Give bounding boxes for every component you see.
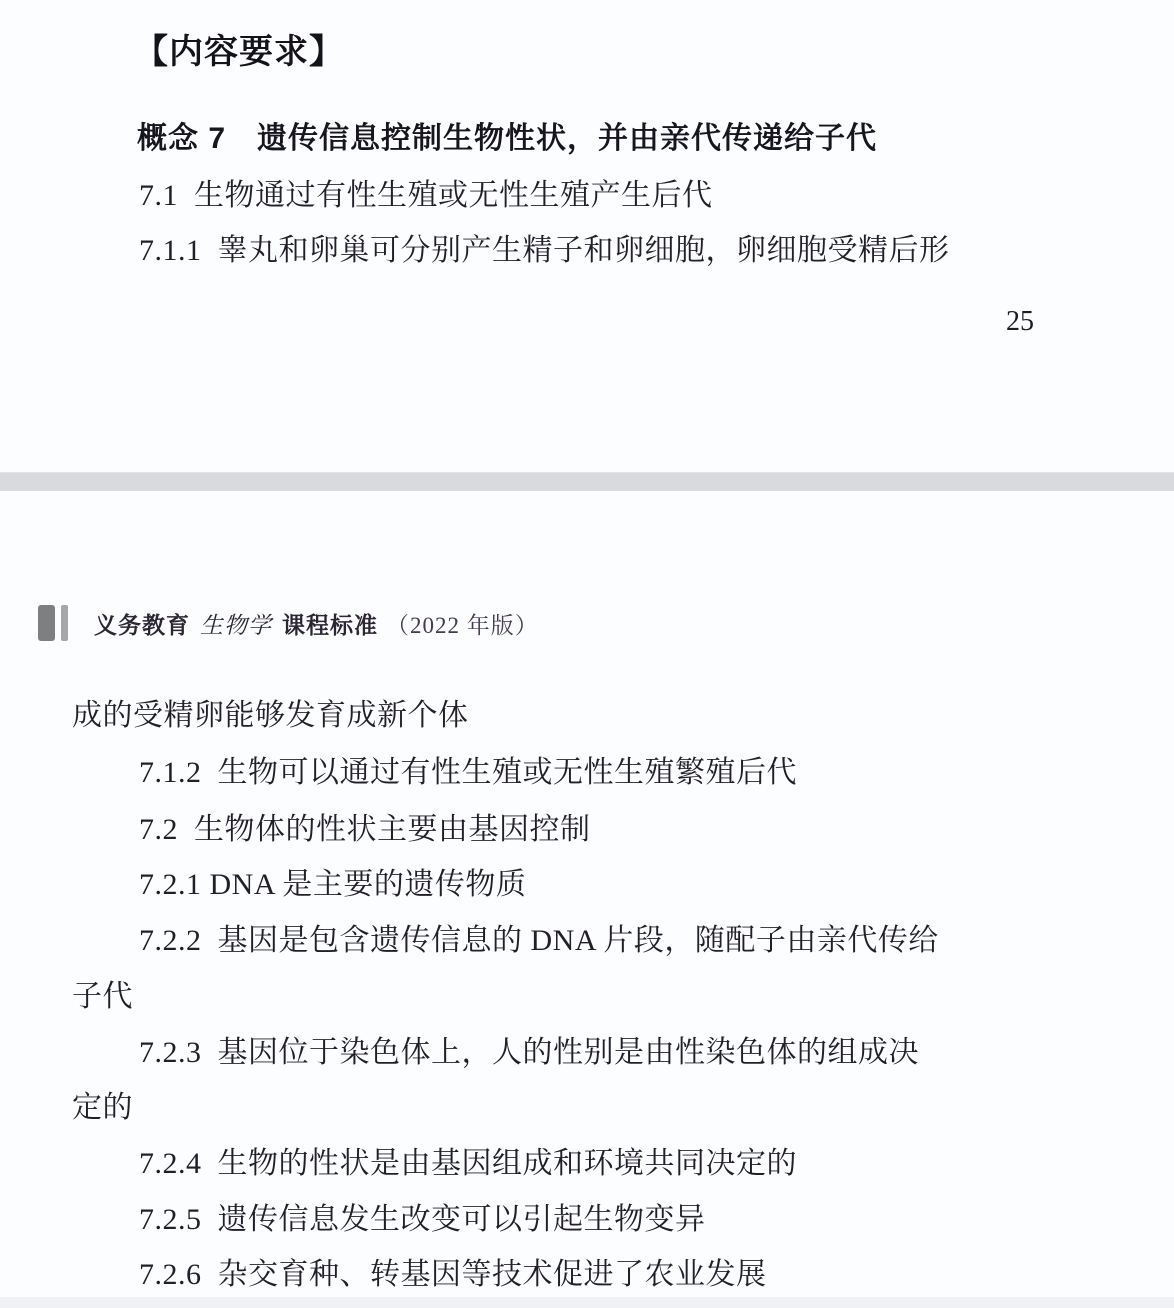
page-number: 25 (1006, 306, 1034, 338)
line-7-2: 7.2 生物体的性状主要由基因控制 (139, 811, 591, 849)
line-7-1: 7.1 生物通过有性生殖或无性生殖产生后代 (139, 177, 713, 215)
concept-7-heading: 概念 7 遗传信息控制生物性状，并由亲代传递给子代 (137, 119, 877, 159)
running-header: 义务教育生物学课程标准（2022 年版） (38, 603, 539, 643)
line-7-2-4: 7.2.4 生物的性状是由基因组成和环境共同决定的 (139, 1145, 797, 1183)
header-series-label: 义务教育 (94, 612, 190, 638)
line-7-2-1: 7.2.1 DNA 是主要的遗传物质 (139, 866, 526, 904)
header-title: 义务教育生物学课程标准（2022 年版） (94, 607, 539, 640)
line-7-1-2: 7.1.2 生物可以通过有性生殖或无性生殖繁殖后代 (139, 754, 797, 792)
header-subject-label: 生物学 (200, 613, 272, 638)
header-doctype-label: 课程标准 (282, 612, 378, 638)
line-continuation-fertilized-egg: 成的受精卵能够发育成新个体 (72, 697, 469, 735)
line-7-2-2: 7.2.2 基因是包含遗传信息的 DNA 片段，随配子由亲代传给 (139, 922, 939, 960)
page-break-divider (0, 472, 1174, 491)
header-bar-light-icon (61, 605, 68, 641)
section-heading-content-requirements: 【内容要求】 (134, 30, 344, 74)
line-7-2-5: 7.2.5 遗传信息发生改变可以引起生物变异 (139, 1201, 706, 1239)
next-page-break-divider (0, 1297, 1174, 1308)
header-edition-label: （2022 年版） (386, 613, 539, 638)
header-bar-dark-icon (38, 605, 55, 641)
line-7-1-1: 7.1.1 睾丸和卵巢可分别产生精子和卵细胞，卵细胞受精后形 (139, 232, 950, 270)
line-continuation-offspring: 子代 (72, 978, 133, 1016)
line-7-2-6: 7.2.6 杂交育种、转基因等技术促进了农业发展 (139, 1256, 767, 1294)
line-continuation-determined: 定的 (72, 1089, 133, 1127)
line-7-2-3: 7.2.3 基因位于染色体上，人的性别是由性染色体的组成决 (139, 1034, 919, 1072)
